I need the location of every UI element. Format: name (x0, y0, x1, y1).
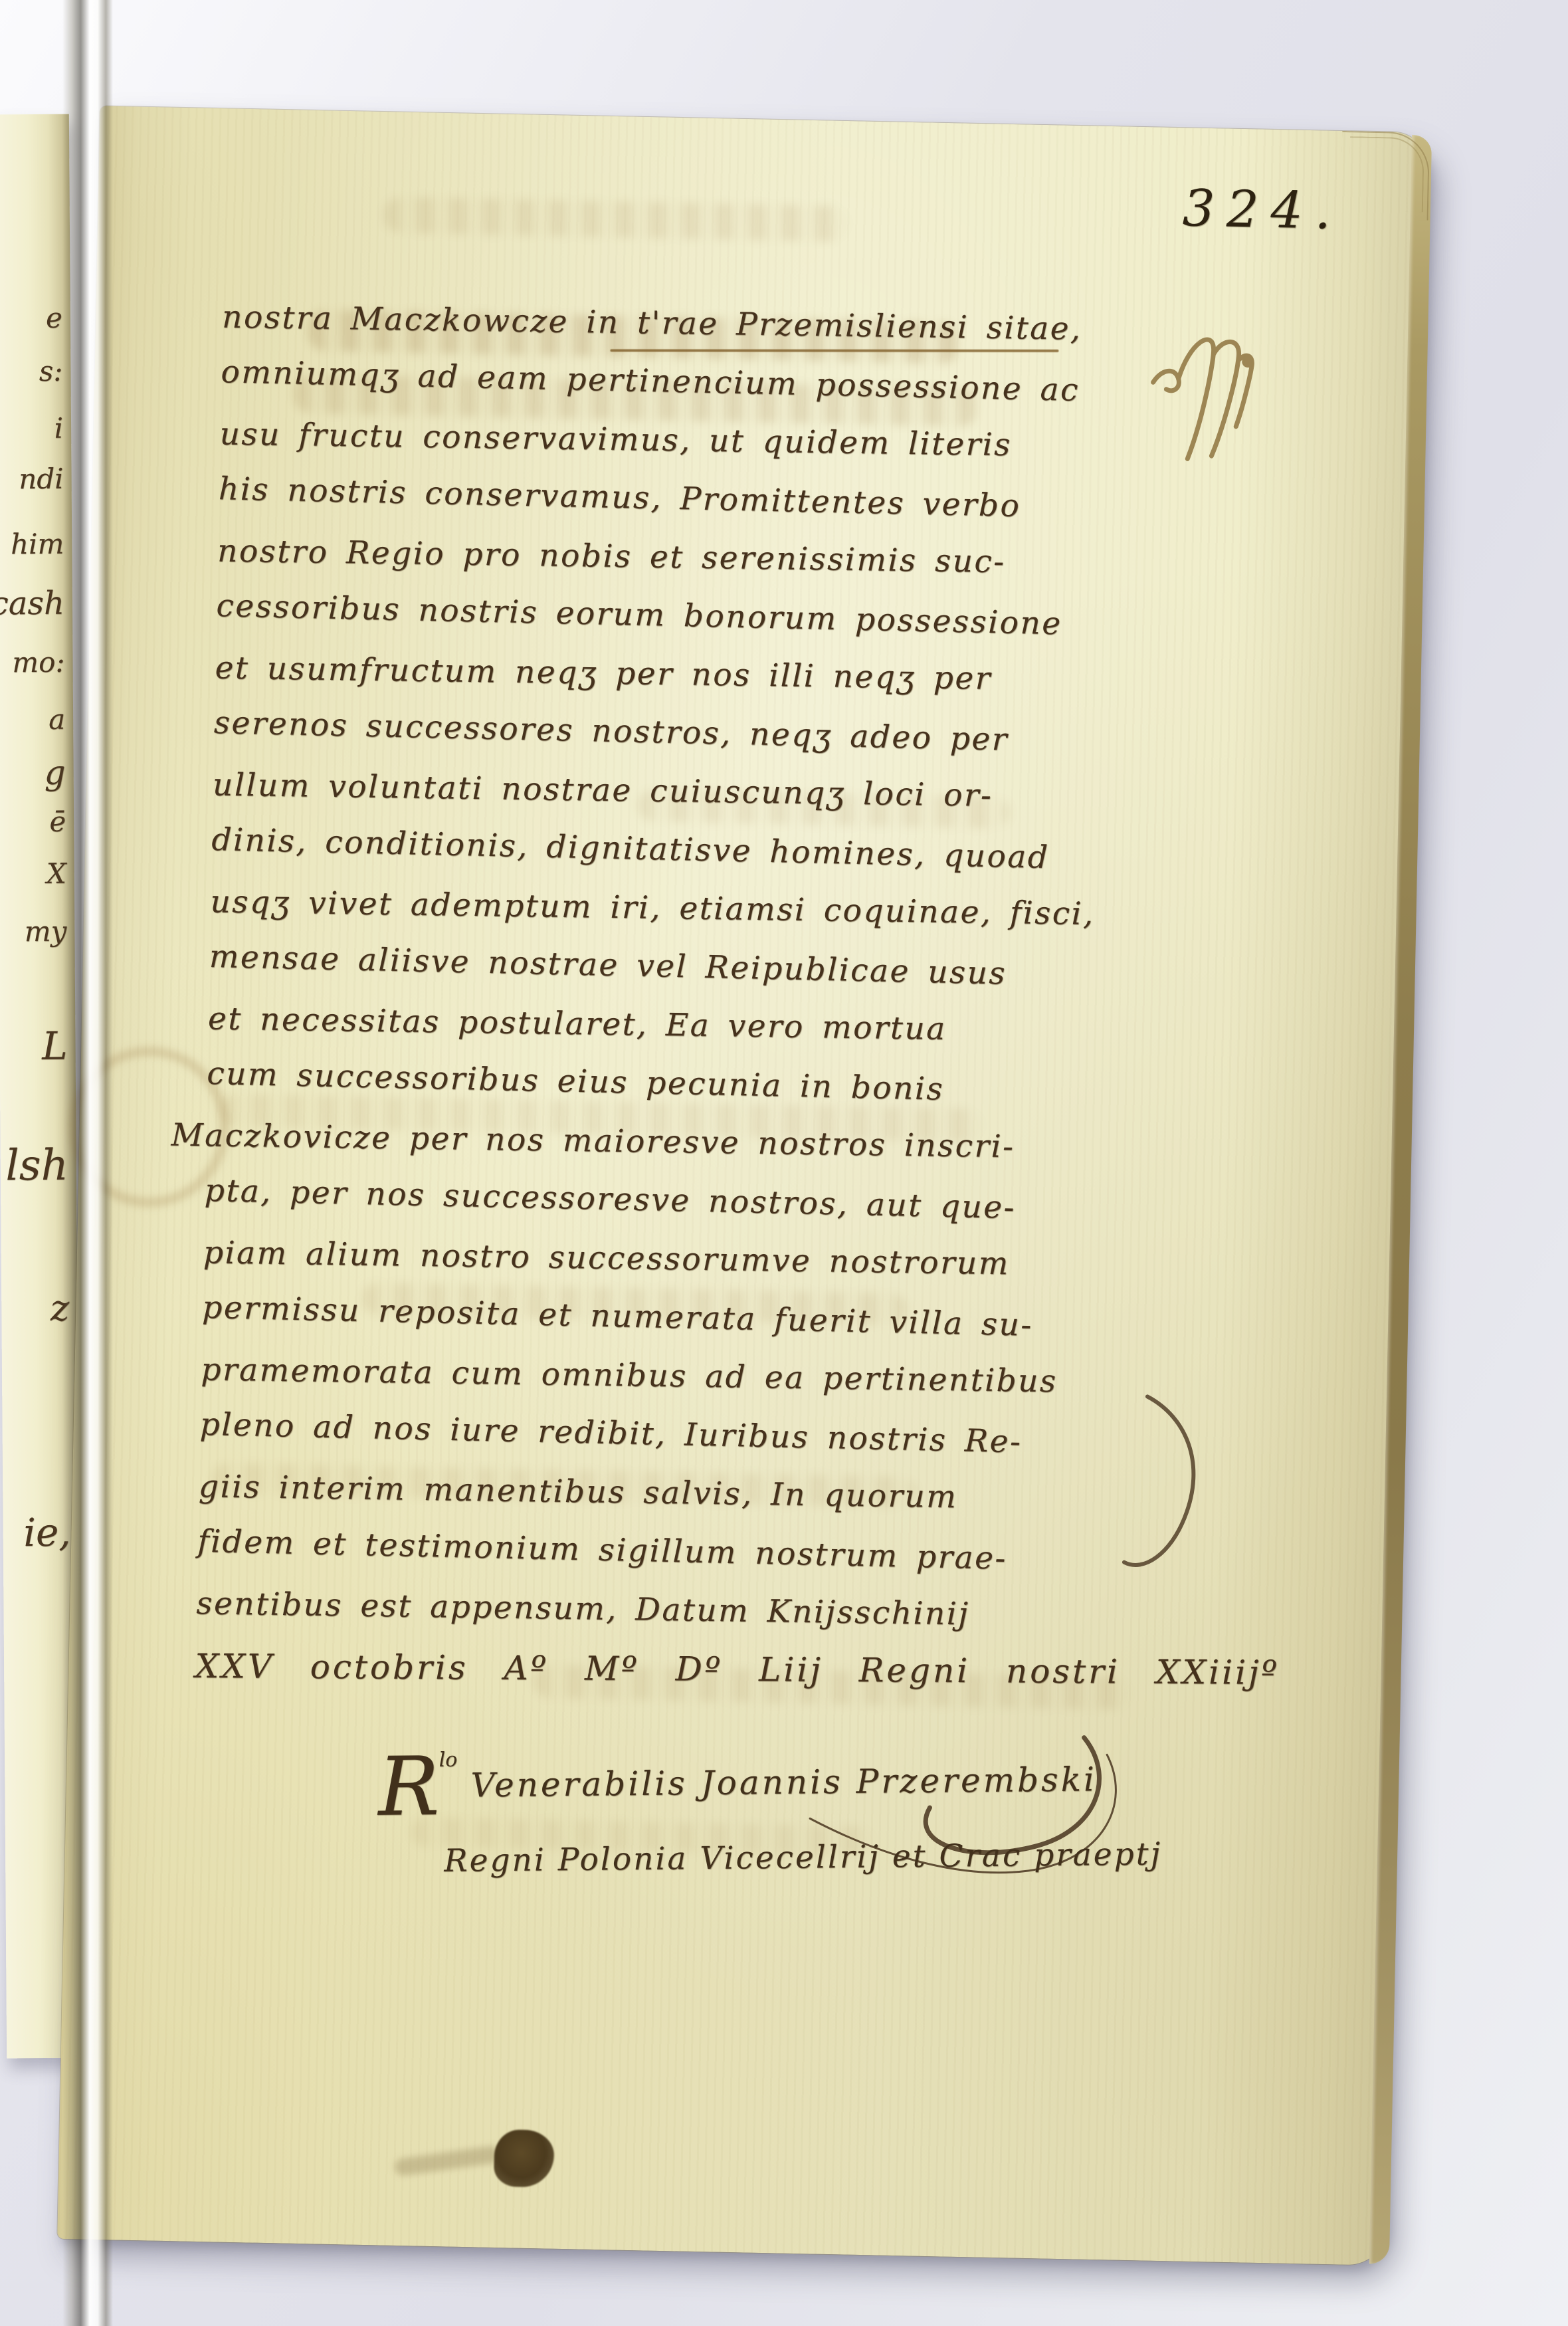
ink-blot (494, 2129, 555, 2188)
signature-block: Rlo Venerabilis Joannis Przerembski Regn… (377, 1733, 1162, 1880)
manuscript-page: 324. nostra Maczkowcze in t'rae Przemisl… (57, 106, 1430, 2266)
folio-number: 324. (1182, 178, 1343, 241)
signature-text: Venerabilis Joannis Przerembski (457, 1760, 1097, 1804)
signature-initial: R (377, 1739, 439, 1834)
photo-scene: e s: i ndi him cash mo: a g ē X my L lsh… (0, 0, 1568, 2326)
signature-line-2: Regni Polonia Vicecellrij et Crac praept… (444, 1836, 1162, 1879)
gutter-fragment: cash (0, 585, 64, 623)
text-line-dateline: XXV octobris Aº Mº Dº Liij Regni nostri … (195, 1637, 1172, 1701)
page-content: 324. nostra Maczkowcze in t'rae Przemisl… (57, 106, 1430, 2266)
gutter-fragment: my (25, 915, 67, 948)
margin-flourish (1104, 1389, 1240, 1591)
gutter-fragment: s: (39, 355, 63, 387)
gutter-fragment: mo: (12, 646, 65, 679)
manuscript-text-block: nostra Maczkowcze in t'rae Przemisliensi… (195, 285, 1199, 1708)
signature-superscript: lo (439, 1748, 457, 1772)
gutter-fragment: lsh (5, 1141, 68, 1191)
gutter-fragment: ndi (19, 463, 64, 495)
glass-rod-glare (62, 0, 113, 2326)
gutter-fragment: e (46, 302, 62, 334)
ink-smudge (394, 2145, 502, 2177)
ink-bleedthrough (383, 197, 849, 242)
signature-line-1: Rlo Venerabilis Joannis Przerembski (377, 1733, 1161, 1834)
gutter-fragment: him (11, 528, 64, 561)
